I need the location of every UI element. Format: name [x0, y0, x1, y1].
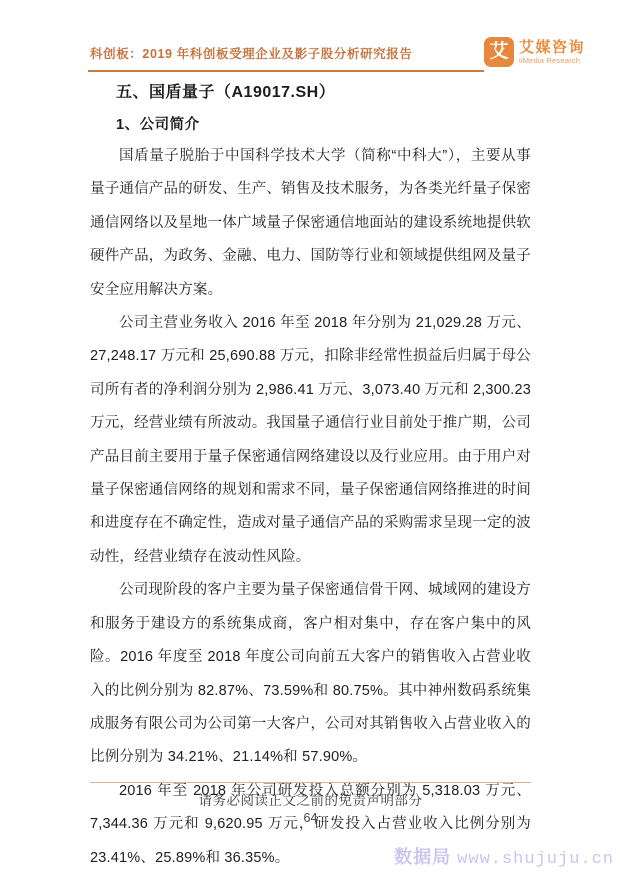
section-title: 五、国盾量子（A19017.SH） [116, 84, 531, 101]
footer-disclaimer: 请务必阅读正文之前的免责声明部分 [90, 789, 531, 809]
document-body: 五、国盾量子（A19017.SH） 1、公司简介 国盾量子脱胎于中国科学技术大学… [90, 0, 531, 875]
watermark-url: www.shujuju.cn [457, 850, 614, 869]
page-number: 64 [90, 811, 531, 825]
paragraph-customers: 公司现阶段的客户主要为量子保密通信骨干网、城域网的建设方和服务于建设方的系统集成… [90, 574, 531, 774]
watermark: 数据局 www.shujuju.cn [394, 843, 614, 869]
paragraph-revenue: 公司主营业务收入 2016 年至 2018 年分别为 21,029.28 万元、… [90, 307, 531, 574]
watermark-site-name: 数据局 [394, 847, 451, 867]
footer-divider [90, 782, 531, 783]
body-paragraphs: 国盾量子脱胎于中国科学技术大学（简称“中科大”），主要从事量子通信产品的研发、生… [90, 140, 531, 875]
subsection-title: 1、公司简介 [116, 117, 531, 133]
paragraph-company-intro: 国盾量子脱胎于中国科学技术大学（简称“中科大”），主要从事量子通信产品的研发、生… [90, 140, 531, 307]
report-page: 科创板：2019 年科创板受理企业及影子股分析研究报告 艾 艾媒咨询 iiMed… [0, 0, 620, 877]
